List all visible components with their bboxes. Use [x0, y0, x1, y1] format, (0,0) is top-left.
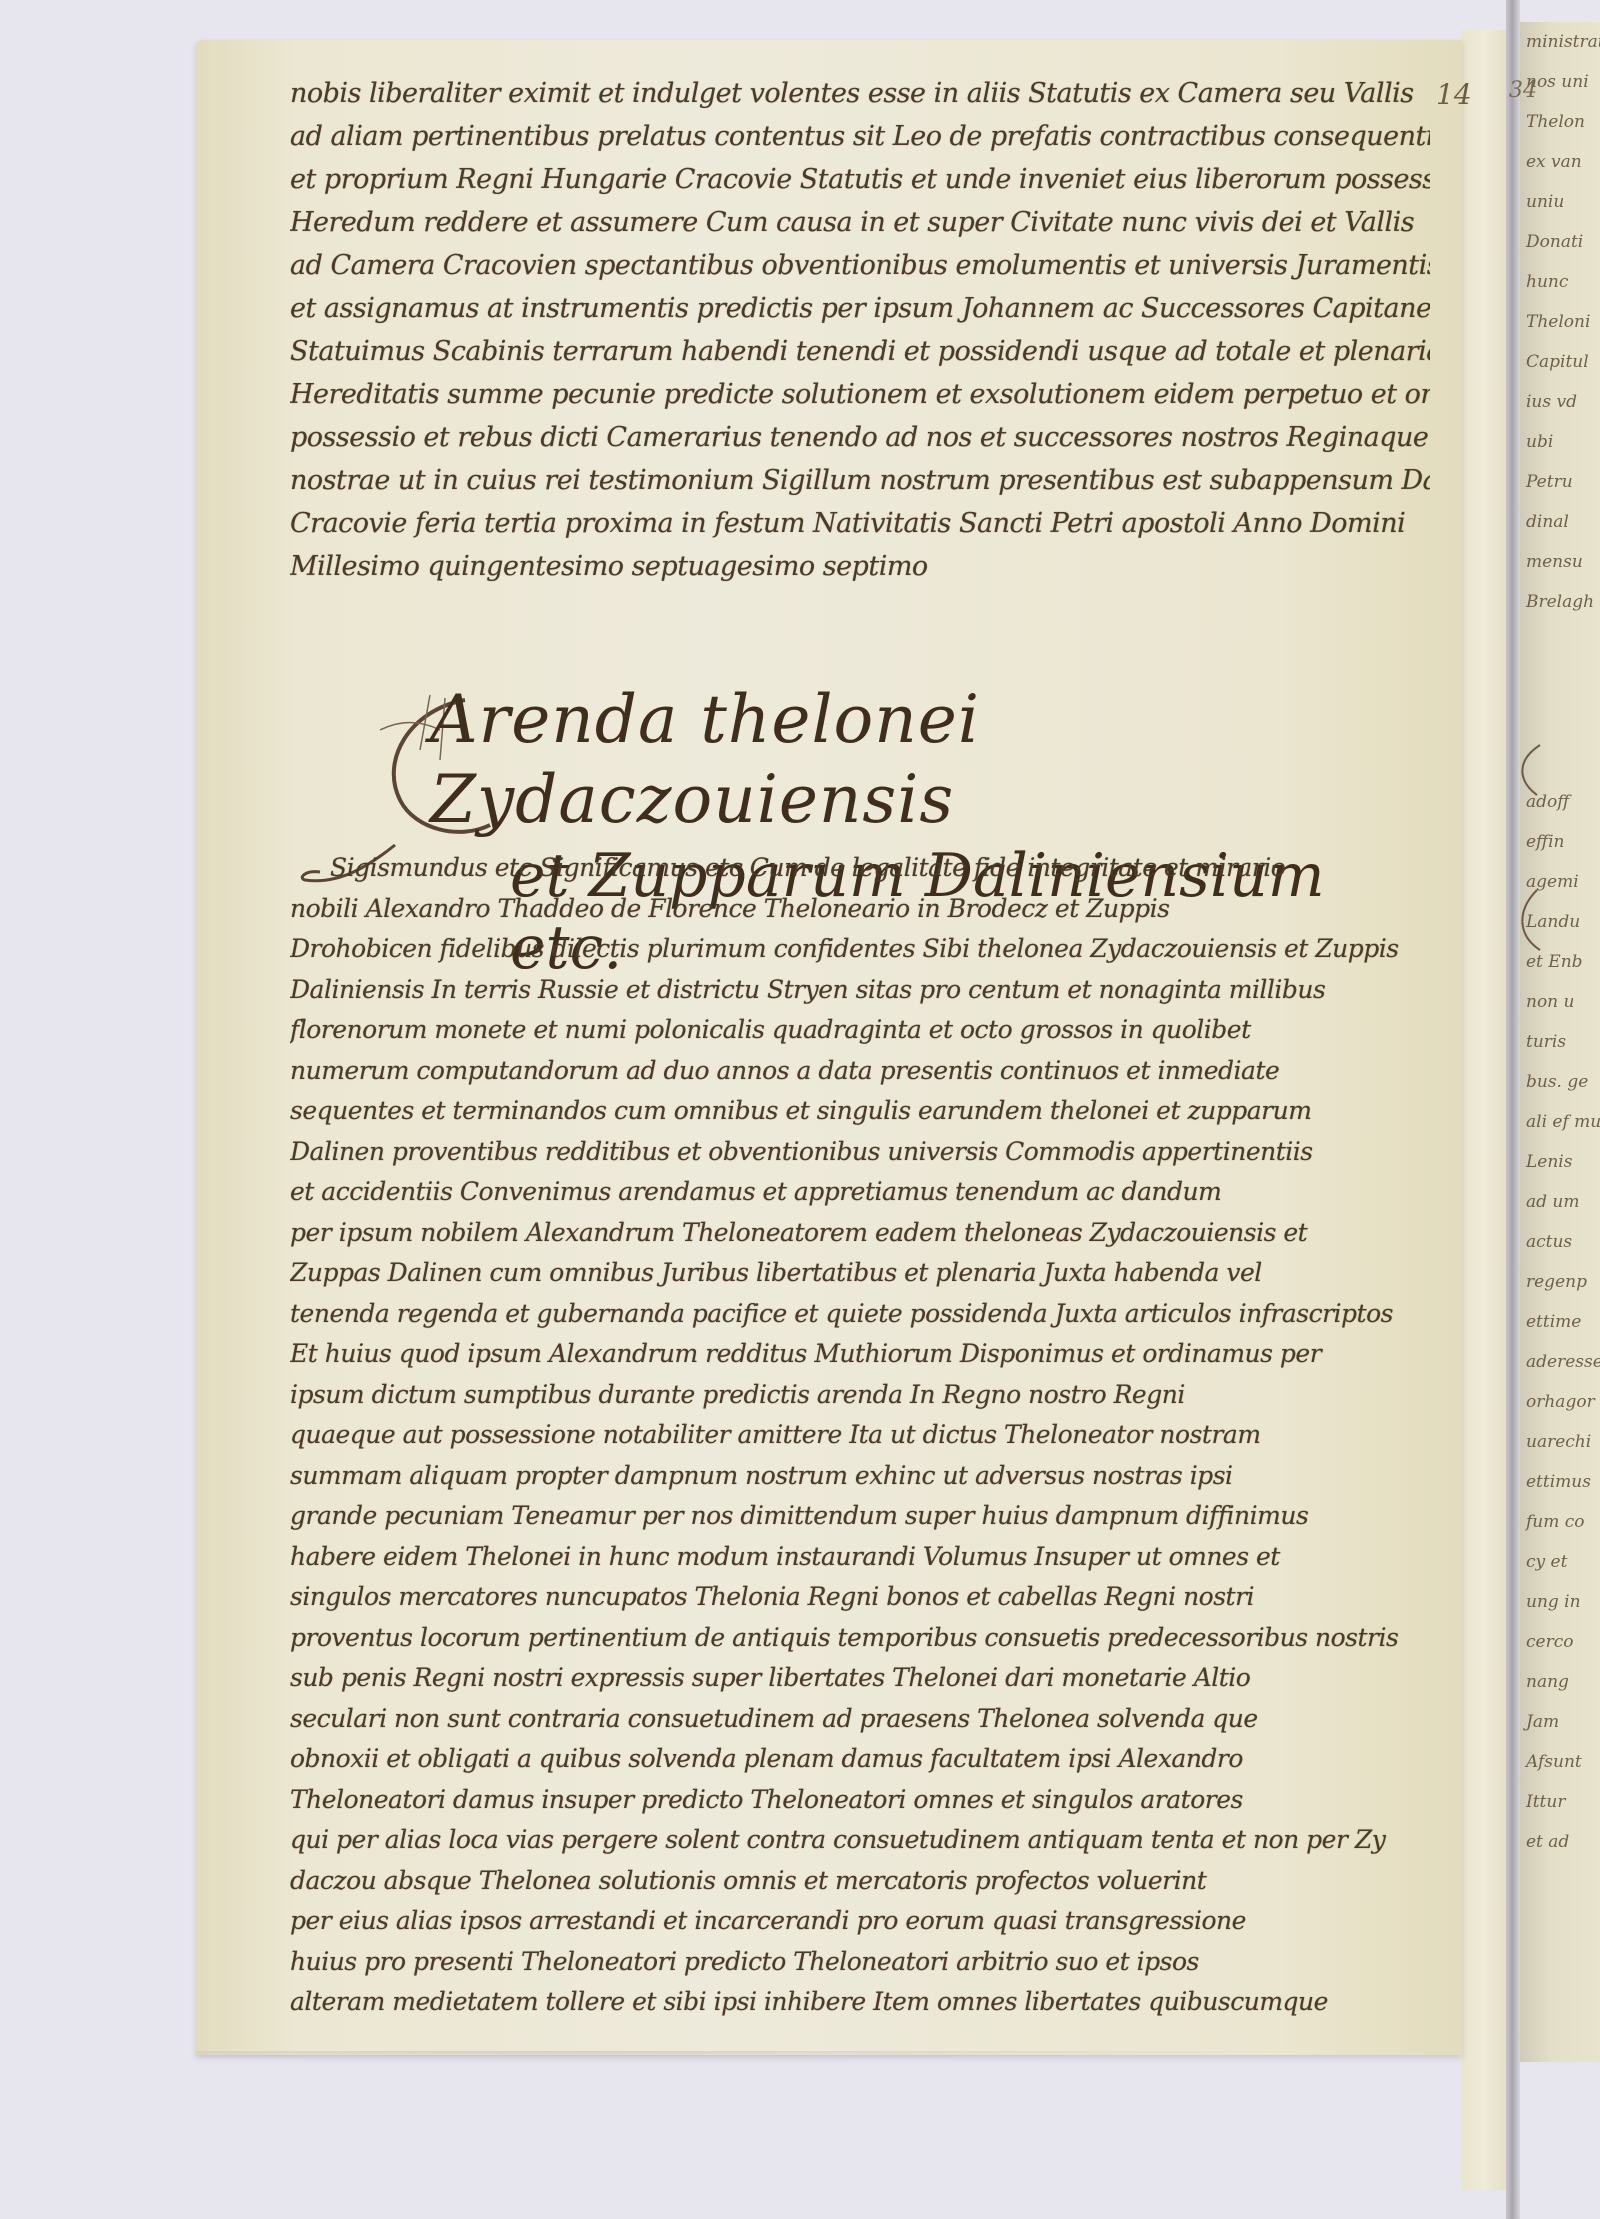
text-line: et assignamus at instrumentis predictis … [290, 287, 1430, 330]
facing-page-text-fragment: Petru [1520, 462, 1600, 502]
facing-page-text-fragment: uniu [1520, 182, 1600, 222]
facing-page-text-fragment: hunc [1520, 262, 1600, 302]
text-line: nobili Alexandro Thaddeo de Florence The… [290, 889, 1430, 930]
facing-page-text-fragment: ubi [1520, 422, 1600, 462]
text-line: sub penis Regni nostri expressis super l… [290, 1658, 1430, 1699]
text-line: huius pro presenti Theloneatori predicto… [290, 1942, 1430, 1983]
facing-page-text-fragment: non u [1520, 982, 1600, 1022]
text-line: Statuimus Scabinis terrarum habendi tene… [290, 330, 1430, 373]
facing-page-text-fragment: turis [1520, 1022, 1600, 1062]
facing-page-text-fragment: Theloni [1520, 302, 1600, 342]
text-line: Millesimo quingentesimo septuagesimo sep… [290, 545, 1430, 588]
text-line: et accidentiis Convenimus arendamus et a… [290, 1172, 1430, 1213]
facing-page-text-fragment: actus [1520, 1222, 1600, 1262]
text-line: numerum computandorum ad duo annos a dat… [290, 1051, 1430, 1092]
text-line: ad Camera Cracovien spectantibus obventi… [290, 244, 1430, 287]
text-line: seculari non sunt contraria consuetudine… [290, 1699, 1430, 1740]
margin-flourish-icon [1512, 740, 1542, 960]
text-line: proventus locorum pertinentium de antiqu… [290, 1618, 1430, 1659]
facing-page-text-fragment: ministratio [1520, 22, 1600, 62]
facing-page-text-fragment: fum co [1520, 1502, 1600, 1542]
text-line: alteram medietatem tollere et sibi ipsi … [290, 1982, 1430, 2023]
text-block-charter-end: nobis liberaliter eximit et indulget vol… [290, 72, 1430, 588]
facing-page-edge: ministrationos uniThelonex vanuniuDonati… [1520, 22, 1600, 2062]
text-line: per eius alias ipsos arrestandi et incar… [290, 1901, 1430, 1942]
facing-page-text-fragment [1520, 662, 1600, 702]
facing-page-text-fragment [1520, 622, 1600, 662]
text-line: ipsum dictum sumptibus durante predictis… [290, 1375, 1430, 1416]
facing-page-text-fragment: nang [1520, 1662, 1600, 1702]
facing-page-text-fragment: Jam [1520, 1702, 1600, 1742]
page-gutter-strip [1462, 30, 1506, 2190]
facing-page-text-fragment: Thelon [1520, 102, 1600, 142]
text-line: Drohobicen fidelibus dilectis plurimum c… [290, 929, 1430, 970]
text-line: summam aliquam propter dampnum nostrum e… [290, 1456, 1430, 1497]
text-line: daczou absque Thelonea solutionis omnis … [290, 1861, 1430, 1902]
facing-page-text-fragment: ius vd [1520, 382, 1600, 422]
binding-spine [1506, 0, 1520, 2219]
text-line: ad aliam pertinentibus prelatus contentu… [290, 115, 1430, 158]
text-line: grande pecuniam Teneamur per nos dimitte… [290, 1496, 1430, 1537]
text-line: Sigismundus etc Significamus etc Cum de … [290, 848, 1430, 889]
facing-page-text-fragment: Brelagh [1520, 582, 1600, 622]
text-line: Theloneatori damus insuper predicto Thel… [290, 1780, 1430, 1821]
text-line: nostrae ut in cuius rei testimonium Sigi… [290, 459, 1430, 502]
text-line: Daliniensis In terris Russie et district… [290, 970, 1430, 1011]
text-line: et proprium Regni Hungarie Cracovie Stat… [290, 158, 1430, 201]
text-line: Cracovie feria tertia proxima in festum … [290, 502, 1430, 545]
text-line: Heredum reddere et assumere Cum causa in… [290, 201, 1430, 244]
facing-page-text-fragment: ad um [1520, 1182, 1600, 1222]
text-line: Et huius quod ipsum Alexandrum redditus … [290, 1334, 1430, 1375]
facing-page-text-fragment: ung in [1520, 1582, 1600, 1622]
facing-page-text-fragment: ettimus [1520, 1462, 1600, 1502]
text-line: Dalinen proventibus redditibus et obvent… [290, 1132, 1430, 1173]
folio-number-edge: 34 [1509, 78, 1537, 103]
facing-page-text-fragment: Ittur [1520, 1782, 1600, 1822]
facing-page-text-fragment: cy et [1520, 1542, 1600, 1582]
text-line: per ipsum nobilem Alexandrum Theloneator… [290, 1213, 1430, 1254]
facing-page-text-fragment: Capitul [1520, 342, 1600, 382]
facing-page-text-fragment: Lenis [1520, 1142, 1600, 1182]
facing-page-text-fragment: aderesse [1520, 1342, 1600, 1382]
facing-page-text-fragment [1520, 702, 1600, 742]
text-line: sequentes et terminandos cum omnibus et … [290, 1091, 1430, 1132]
facing-page-text-fragment: mensu [1520, 542, 1600, 582]
facing-page-text-fragment: ex van [1520, 142, 1600, 182]
facing-page-text-fragment: Afsunt [1520, 1742, 1600, 1782]
text-block-arenda: Sigismundus etc Significamus etc Cum de … [290, 848, 1430, 2023]
facing-page-text-fragment: dinal [1520, 502, 1600, 542]
text-line: quaeque aut possessione notabiliter amit… [290, 1415, 1430, 1456]
heading-line: Arenda thelonei Zydaczouiensis [430, 680, 1410, 840]
facing-page-text-fragment: ali ef mu [1520, 1102, 1600, 1142]
folio-number: 14 [1436, 78, 1472, 111]
text-line: qui per alias loca vias pergere solent c… [290, 1820, 1430, 1861]
facing-page-text-fragment: Donati [1520, 222, 1600, 262]
text-line: florenorum monete et numi polonicalis qu… [290, 1010, 1430, 1051]
facing-page-text-fragment: et ad [1520, 1822, 1600, 1862]
text-line: possessio et rebus dicti Camerarius tene… [290, 416, 1430, 459]
text-line: Hereditatis summe pecunie predicte solut… [290, 373, 1430, 416]
facing-page-text-fragment: orhagor [1520, 1382, 1600, 1422]
text-line: obnoxii et obligati a quibus solvenda pl… [290, 1739, 1430, 1780]
text-line: singulos mercatores nuncupatos Thelonia … [290, 1577, 1430, 1618]
text-line: habere eidem Thelonei in hunc modum inst… [290, 1537, 1430, 1578]
facing-page-text-fragment: bus. ge [1520, 1062, 1600, 1102]
facing-page-text-fragment: regenp [1520, 1262, 1600, 1302]
text-line: tenenda regenda et gubernanda pacifice e… [290, 1294, 1430, 1335]
facing-page-text-fragment: cerco [1520, 1622, 1600, 1662]
facing-page-text-fragment: uarechi [1520, 1422, 1600, 1462]
facing-page-text-fragment: ettime [1520, 1302, 1600, 1342]
text-line: Zuppas Dalinen cum omnibus Juribus liber… [290, 1253, 1430, 1294]
text-line: nobis liberaliter eximit et indulget vol… [290, 72, 1430, 115]
